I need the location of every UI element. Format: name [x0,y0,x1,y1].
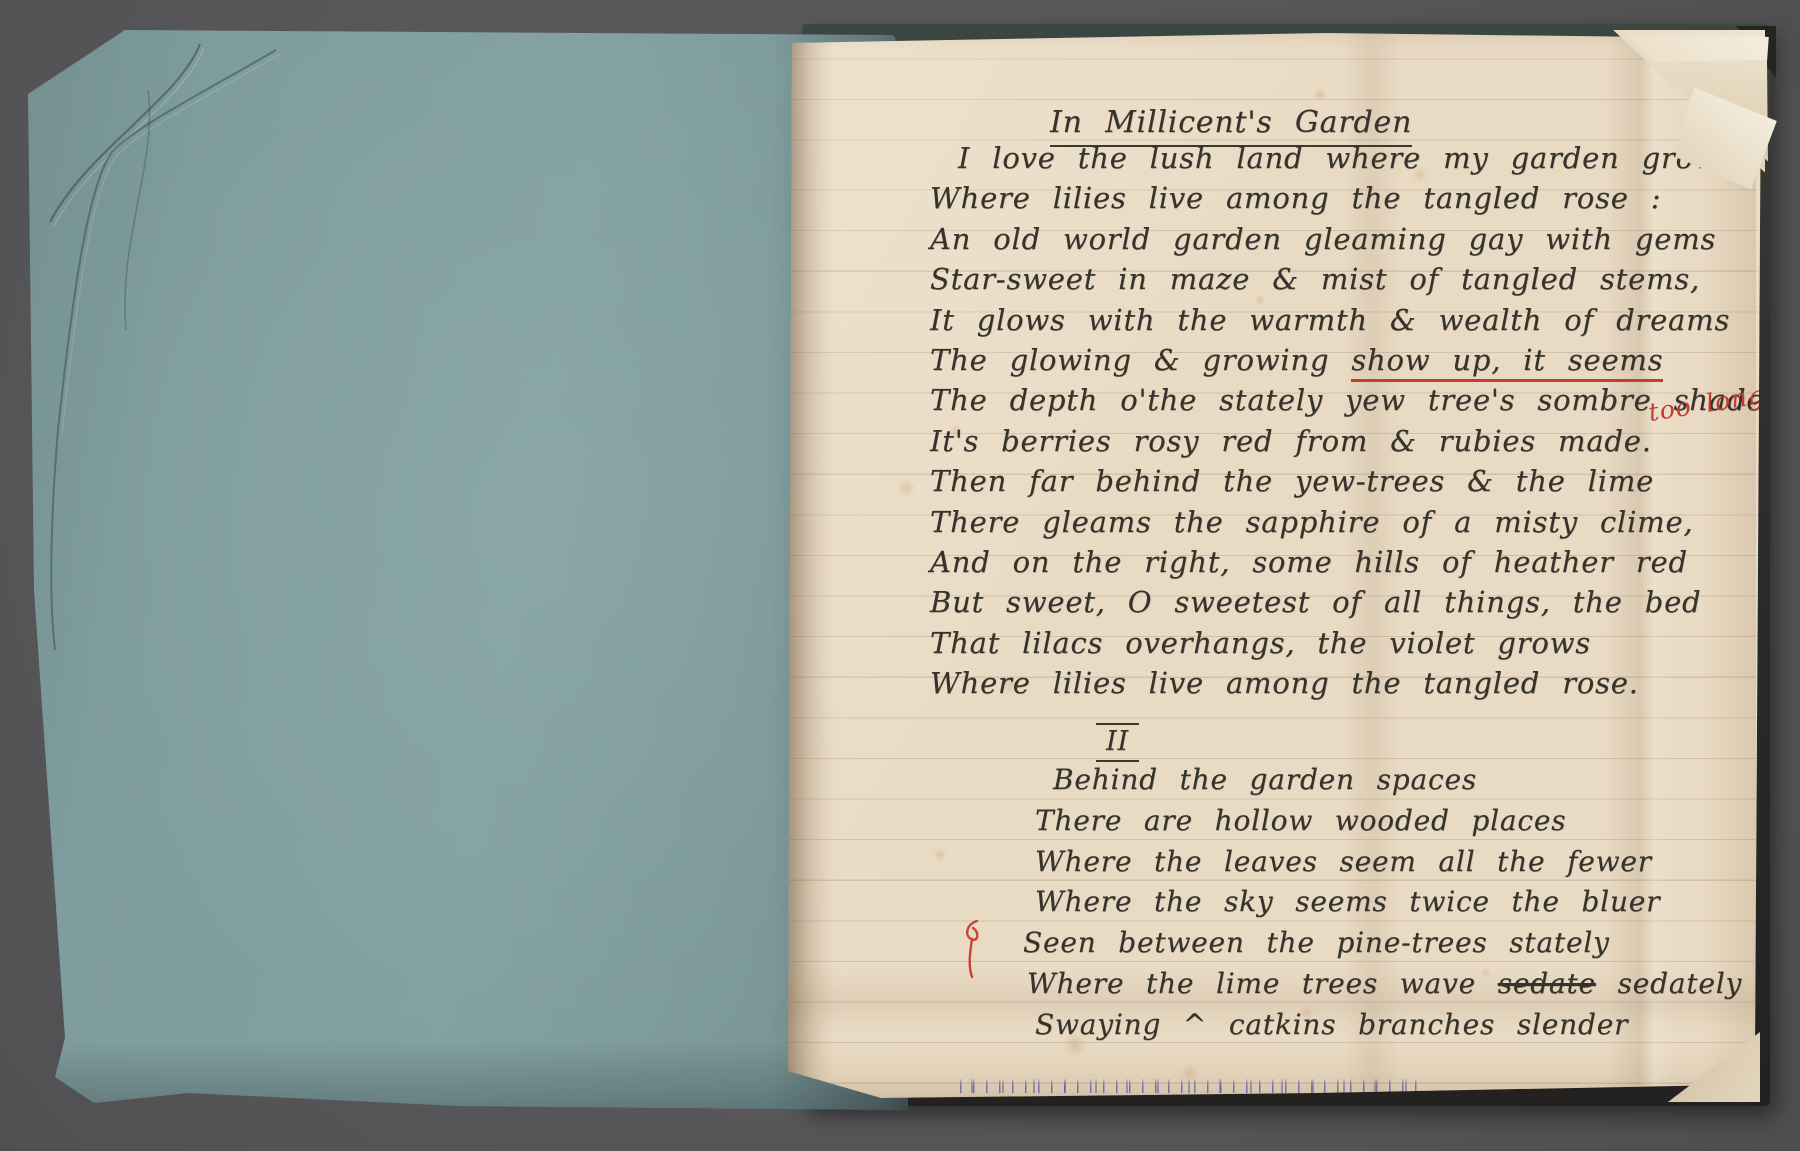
poem-line: Seen between the pine-trees stately [1023,926,1742,967]
poem-line: It glows with the warmth & wealth of dre… [930,303,1774,343]
poem-line: It's berries rosy red from & rubies made… [930,424,1774,464]
poem-line: I love the lush land where my garden gro… [958,141,1774,181]
blue-inside-cover-page [28,30,908,1110]
poem-line: An old world garden gleaming gay with ge… [930,222,1774,262]
poem-line: Star-sweet in maze & mist of tangled ste… [930,262,1774,302]
poem-line: And on the right, some hills of heather … [930,545,1774,585]
red-underlined-phrase: show up, it seems [1351,343,1663,382]
stanza-2-numeral: II [1096,723,1139,762]
poem-line: Where the lime trees wave sedate sedatel… [1027,967,1742,1008]
poem-text-part: sedately [1596,967,1742,1000]
poem-line: There are hollow wooded places [1035,804,1742,845]
poem-stanza-2: Behind the garden spaces There are hollo… [1035,763,1742,1049]
poem-line: Swaying ^ catkins branches slender [1035,1008,1742,1049]
poem-line: Where the leaves seem all the fewer [1035,845,1742,886]
poem-text-part: The glowing & growing [930,343,1351,377]
cover-bottom-shadow [28,1040,908,1110]
poem-line: But sweet, O sweetest of all things, the… [930,585,1774,625]
poem-line: There gleams the sapphire of a misty cli… [930,505,1774,545]
poem-line: Where lilies live among the tangled rose… [930,181,1774,221]
poem-line: Where lilies live among the tangled rose… [930,666,1774,706]
poem-line: Then far behind the yew-trees & the lime [930,464,1774,504]
poem-line: The glowing & growing show up, it seems [930,343,1774,383]
poem-line: That lilacs overhangs, the violet grows [930,626,1774,666]
photograph-of-open-notebook: { "document": { "title": "In Millicent's… [0,0,1800,1151]
poem-stanza-1: I love the lush land where my garden gro… [930,141,1774,706]
crossed-out-word: sedate [1498,967,1596,1000]
poem-line: Behind the garden spaces [1053,763,1742,804]
poem-line: Where the sky seems twice the bluer [1035,885,1742,926]
poem-text-part: Where the lime trees wave [1027,967,1498,1000]
red-margin-mark-icon [962,917,986,983]
next-page-ink-marks [954,1079,1424,1093]
handwritten-poem-page: In Millicent's Garden I love the lush la… [786,33,1761,1098]
